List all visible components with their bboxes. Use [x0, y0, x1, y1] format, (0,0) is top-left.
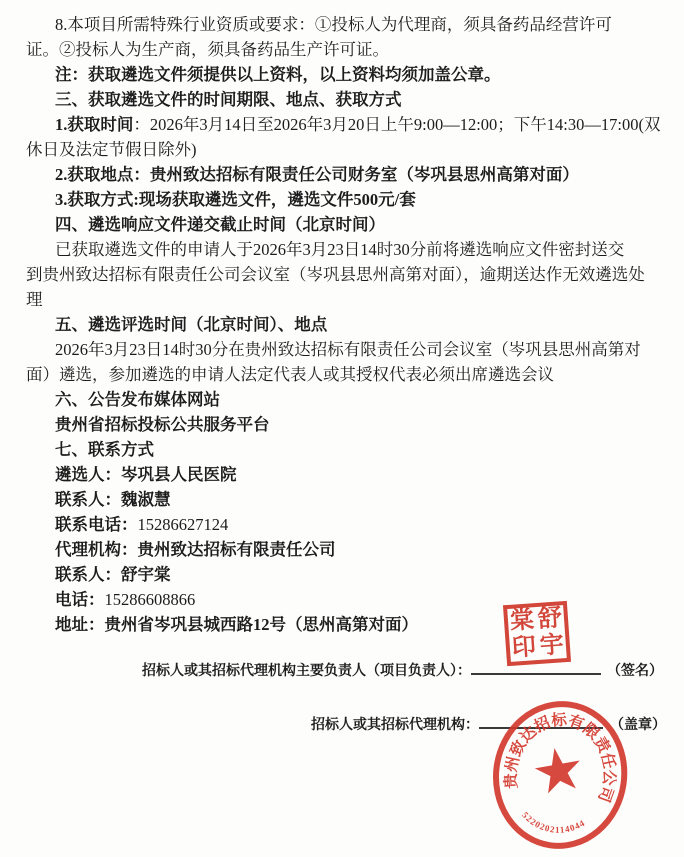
text-segment: 面）遴选，参加遴选的申请人法定代表人或其授权代表必须出席遴选会议: [26, 365, 554, 384]
text-segment: 已获取遴选文件的申请人于2026年3月23日14时30分前将遴选响应文件密封送交: [55, 240, 624, 259]
document-page: 8.本项目所需特殊行业资质或要求：①投标人为代理商，须具备药品经营许可证。②投标…: [0, 0, 684, 857]
text-line: 七、联系方式: [0, 437, 684, 462]
text-segment: 注：获取遴选文件须提供以上资料，以上资料均须加盖公章。: [55, 65, 501, 84]
text-line: 2.获取地点：贵州致达招标有限责任公司财务室（岑巩县思州高第对面）: [0, 162, 684, 187]
text-segment: 贵州省招标投标公共服务平台: [55, 415, 270, 434]
seal-char-2: 舒: [535, 605, 565, 633]
text-segment: 2.获取地点：贵州致达招标有限责任公司财务室（岑巩县思州高第对面）: [55, 165, 579, 184]
text-line: 面）遴选，参加遴选的申请人法定代表人或其授权代表必须出席遴选会议: [0, 362, 684, 387]
signature-row-responsible-person: 招标人或其招标代理机构主要负责人（项目负责人）：（签名）: [0, 661, 684, 682]
text-line: 证。②投标人为生产商，须具备药品生产许可证。: [0, 37, 684, 62]
text-segment: 理: [26, 290, 43, 309]
text-line: 贵州省招标投标公共服务平台: [0, 412, 684, 437]
text-segment: 联系人：魏淑慧: [55, 490, 171, 509]
stamp-label: 招标人或其招标代理机构：: [311, 718, 479, 733]
text-segment: 代理机构：贵州致达招标有限责任公司: [55, 540, 336, 559]
text-segment: 证。②投标人为生产商，须具备药品生产许可证。: [26, 40, 389, 59]
seal-star-icon: [532, 744, 584, 795]
text-line: 联系人：舒宇棠: [0, 562, 684, 587]
text-segment: 六、公告发布媒体网站: [55, 390, 220, 409]
signature-suffix: （签名）: [607, 664, 663, 679]
text-line: 四、遴选响应文件递交截止时间（北京时间）: [0, 212, 684, 237]
text-segment: 七、联系方式: [55, 440, 154, 459]
text-line: 2026年3月23日14时30分在贵州致达招标有限责任公司会议室（岑巩县思州高第…: [0, 337, 684, 362]
text-line: 联系电话：15286627124: [0, 512, 684, 537]
text-segment: 3.获取方式:现场获取遴选文件，遴选文件500元/套: [55, 190, 416, 209]
text-line: 注：获取遴选文件须提供以上资料，以上资料均须加盖公章。: [0, 62, 684, 87]
text-segment: 地址：贵州省岑巩县城西路12号（思州高第对面）: [55, 615, 418, 634]
text-segment: 休日及法定节假日除外): [26, 140, 197, 159]
text-segment: 15286608866: [105, 590, 196, 609]
text-segment: 五、遴选评选时间（北京时间）、地点: [55, 315, 327, 334]
text-line: 理: [0, 287, 684, 312]
text-line: 五、遴选评选时间（北京时间）、地点: [0, 312, 684, 337]
text-line: 已获取遴选文件的申请人于2026年3月23日14时30分前将遴选响应文件密封送交: [0, 237, 684, 262]
text-line: 到贵州致达招标有限责任公司会议室（岑巩县思州高第对面），逾期送达作无效遴选处: [0, 262, 684, 287]
text-line: 休日及法定节假日除外): [0, 137, 684, 162]
text-segment: 8.本项目所需特殊行业资质或要求：①投标人为代理商，须具备药品经营许可: [55, 15, 612, 34]
text-segment: 遴选人：岑巩县人民医院: [55, 465, 237, 484]
document-body: 8.本项目所需特殊行业资质或要求：①投标人为代理商，须具备药品经营许可证。②投标…: [0, 0, 684, 637]
text-segment: 电话：: [55, 590, 105, 609]
text-segment: 15286627124: [138, 515, 229, 534]
text-line: 三、获取遴选文件的时间期限、地点、获取方式: [0, 87, 684, 112]
text-line: 8.本项目所需特殊行业资质或要求：①投标人为代理商，须具备药品经营许可: [0, 12, 684, 37]
personal-name-seal: 棠 舒 印 宇: [503, 601, 571, 666]
text-line: 地址：贵州省岑巩县城西路12号（思州高第对面）: [0, 612, 684, 637]
text-line: 联系人：魏淑慧: [0, 487, 684, 512]
text-line: 1.获取时间：2026年3月14日至2026年3月20日上午9:00—12:00…: [0, 112, 684, 137]
text-segment: 1.获取时间: [55, 115, 133, 134]
seal-char-1: 棠: [507, 607, 537, 635]
text-line: 电话：15286608866: [0, 587, 684, 612]
text-segment: 联系电话：: [55, 515, 138, 534]
text-line: 3.获取方式:现场获取遴选文件，遴选文件500元/套: [0, 187, 684, 212]
seal-char-3: 印: [509, 634, 539, 662]
seal-registration-number: 5220202114044: [518, 809, 588, 839]
text-segment: 三、获取遴选文件的时间期限、地点、获取方式: [55, 90, 402, 109]
text-line: 六、公告发布媒体网站: [0, 387, 684, 412]
text-line: 遴选人：岑巩县人民医院: [0, 462, 684, 487]
seal-char-4: 宇: [537, 632, 567, 660]
seal-company-name: 贵州致达招标有限责任公司: [499, 702, 628, 805]
text-segment: 到贵州致达招标有限责任公司会议室（岑巩县思州高第对面），逾期送达作无效遴选处: [26, 265, 645, 284]
text-segment: 四、遴选响应文件递交截止时间（北京时间）: [55, 215, 385, 234]
text-segment: 联系人：舒宇棠: [55, 565, 171, 584]
company-seal-graphic: 贵州致达招标有限责任公司 5220202114044: [482, 691, 638, 857]
signature-label: 招标人或其招标代理机构主要负责人（项目负责人）：: [142, 664, 471, 679]
company-round-seal: 贵州致达招标有限责任公司 5220202114044: [482, 691, 638, 857]
text-segment: ：2026年3月14日至2026年3月20日上午9:00—12:00；下午14:…: [133, 115, 660, 134]
text-segment: 2026年3月23日14时30分在贵州致达招标有限责任公司会议室（岑巩县思州高第…: [55, 340, 641, 359]
text-line: 代理机构：贵州致达招标有限责任公司: [0, 537, 684, 562]
